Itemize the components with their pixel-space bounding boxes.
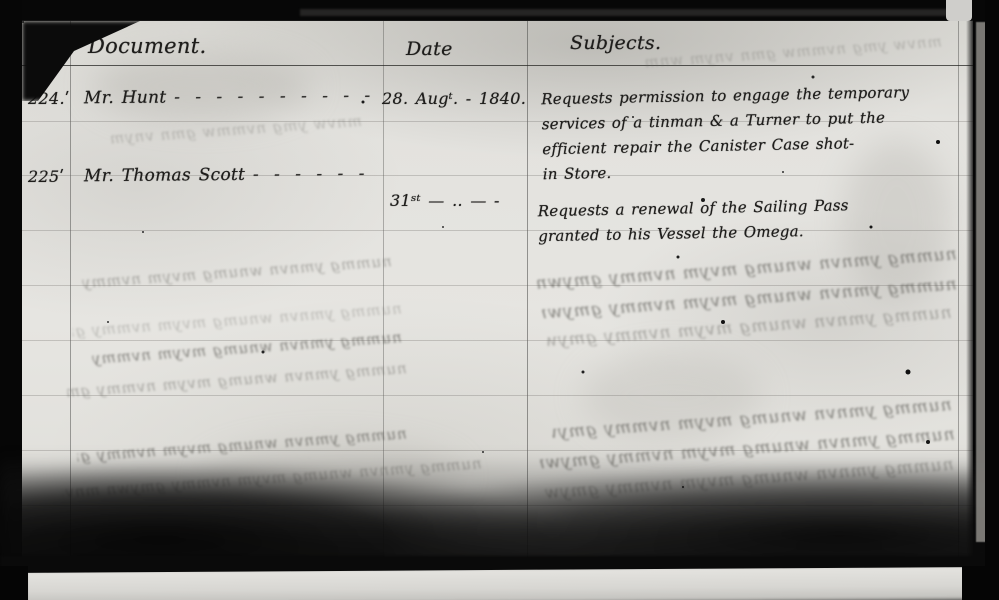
ledger-page: nummg ymnvn wnumg mvym nvmmy gmywn mnvug… xyxy=(22,18,973,570)
entry-document-name: Mr. Thomas Scott - - - - - - xyxy=(84,164,369,186)
column-header-date: Date xyxy=(406,38,453,60)
scan-right-border xyxy=(985,0,999,600)
underlying-page-edge xyxy=(26,567,968,600)
scan-top-border-detail xyxy=(300,9,960,16)
dash-leaders: - - - - - - - - - - xyxy=(174,86,374,108)
entry-name-text: Mr. Thomas Scott xyxy=(84,165,245,186)
column-header-subjects: Subjects. xyxy=(570,32,661,54)
scan-top-notch xyxy=(946,0,972,21)
ledger-line xyxy=(22,395,973,396)
entry-subject: Requests a renewal of the Sailing Pass g… xyxy=(538,191,979,249)
scan-bottom-left-border xyxy=(0,566,28,600)
entry-number-value: 225 xyxy=(28,167,59,186)
page-right-edge xyxy=(966,21,973,570)
entry-document-name: Mr. Hunt - - - - - - - - - - xyxy=(84,86,374,109)
entry-date: 28. Augᵗ. - 1840. xyxy=(382,89,526,108)
entry-number: 225ʹ xyxy=(28,167,64,186)
header-underline xyxy=(22,65,973,66)
ledger-line xyxy=(22,340,973,341)
scan-left-border xyxy=(0,0,22,600)
column-header-document: Document. xyxy=(88,34,206,58)
scanned-ledger-screenshot: nummg ymnvn wnumg mvym nvmmy gmywn mnvug… xyxy=(0,0,999,600)
entry-subject: Requests permission to engage the tempor… xyxy=(541,79,983,187)
dash-leaders: - - - - - - xyxy=(253,164,369,185)
ledger-line xyxy=(22,505,973,506)
entry-name-text: Mr. Hunt xyxy=(84,88,167,109)
entry-date: 31ˢᵗ — ‥ — - xyxy=(390,191,500,210)
entry-tick-mark: ʹ xyxy=(59,167,64,186)
column-rule-date xyxy=(527,21,528,570)
entry-tick-mark: ʹ xyxy=(65,89,70,108)
